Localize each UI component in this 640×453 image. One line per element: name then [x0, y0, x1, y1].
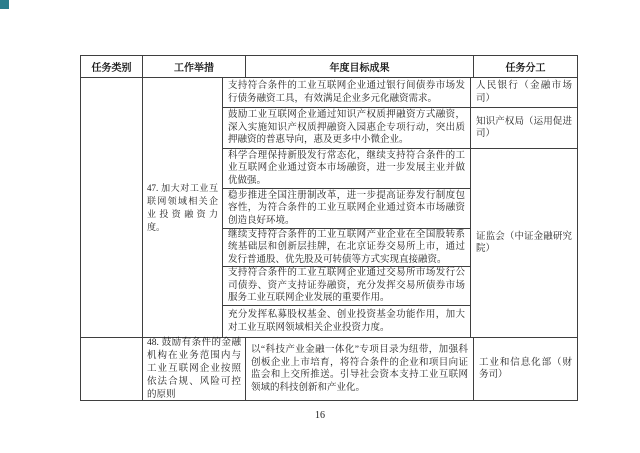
header-work-measure: 工作举措 — [143, 56, 246, 77]
target-cell: 鼓励工业互联网企业通过知识产权质押融资方式融资，深入实施知识产权质押融资入园惠企… — [223, 108, 470, 149]
target-cell: 继续支持符合条件的工业互联网产业企业在全国股转系统基础层和创新层挂牌，在北京证券… — [223, 229, 470, 267]
target-text: 充分发挥私募股权基金、创业投资基金功能作用，加大对工业互联网领域相关企业投资力度… — [228, 309, 465, 334]
header-task-category: 任务类别 — [81, 56, 143, 77]
measure-cell-48: 48. 鼓励有条件的金融机构在业务范围内与工业互联网企业按照依法合规、风险可控的… — [143, 338, 246, 400]
table-header-row: 任务类别 工作举措 年度目标成果 任务分工 — [81, 56, 577, 78]
target-cell-48: 以“科技产业金融一体化”专项目录为纽带，加强科创板企业上市培育，将符合条件的企业… — [246, 338, 474, 400]
assignment-cell: 知识产权局（运用促进司） — [471, 108, 577, 149]
table-section-item-47: 47. 加大对工业互联网领域相关企业投资融资力度。 支持符合条件的工业互联网企业… — [81, 78, 577, 338]
assignment-cell-48: 工业和信息化部（财务司） — [474, 338, 577, 400]
measure-text-48: 48. 鼓励有条件的金融机构在业务范围内与工业互联网企业按照依法合规、风险可控的… — [147, 337, 241, 402]
task-table: 任务类别 工作举措 年度目标成果 任务分工 47. 加大对工业互联网领域相关企业… — [80, 55, 578, 401]
target-cell: 充分发挥私募股权基金、创业投资基金功能作用，加大对工业互联网领域相关企业投资力度… — [223, 306, 470, 337]
category-cell-empty — [81, 338, 143, 400]
target-cells-47: 支持符合条件的工业互联网企业通过银行间债券市场发行债务融资工具，有效满足企业多元… — [223, 78, 471, 337]
target-text: 继续支持符合条件的工业互联网产业企业在全国股转系统基础层和创新层挂牌，在北京证券… — [228, 229, 465, 266]
table-section-item-48: 48. 鼓励有条件的金融机构在业务范围内与工业互联网企业按照依法合规、风险可控的… — [81, 338, 577, 400]
header-annual-target: 年度目标成果 — [246, 56, 474, 77]
assignment-text: 人民银行（金融市场司） — [476, 80, 572, 105]
header-task-assignment: 任务分工 — [474, 56, 577, 77]
assignment-text-48: 工业和信息化部（财务司） — [479, 357, 572, 382]
assignment-cells-47: 人民银行（金融市场司） 知识产权局（运用促进司） 证监会（中证金融研究院） — [471, 78, 577, 337]
corner-mark-decoration — [0, 0, 9, 9]
category-cell-empty — [81, 78, 143, 337]
target-cell: 支持符合条件的工业互联网企业通过银行间债券市场发行债务融资工具，有效满足企业多元… — [223, 78, 470, 108]
target-text: 支持符合条件的工业互联网企业通过银行间债券市场发行债务融资工具，有效满足企业多元… — [228, 80, 465, 105]
page-number: 16 — [0, 410, 640, 421]
target-text: 鼓励工业互联网企业通过知识产权质押融资方式融资，深入实施知识产权质押融资入园惠企… — [228, 109, 465, 147]
document-page: 任务类别 工作举措 年度目标成果 任务分工 47. 加大对工业互联网领域相关企业… — [0, 0, 640, 453]
assignment-text: 知识产权局（运用促进司） — [476, 116, 572, 141]
target-text: 科学合理保持新股发行常态化，继续支持符合条件的工业互联网企业通过资本市场融资，进… — [228, 150, 465, 188]
assignment-cell: 证监会（中证金融研究院） — [471, 149, 577, 337]
target-cell: 支持符合条件的工业互联网企业通过交易所市场发行公司债券、资产支持证券融资，充分发… — [223, 267, 470, 306]
target-text-48: 以“科技产业金融一体化”专项目录为纽带，加强科创板企业上市培育，将符合条件的企业… — [251, 344, 468, 394]
measure-cell-47: 47. 加大对工业互联网领域相关企业投资融资力度。 — [143, 78, 223, 337]
assignment-cell: 人民银行（金融市场司） — [471, 78, 577, 108]
measure-text-47: 47. 加大对工业互联网领域相关企业投资融资力度。 — [147, 182, 218, 234]
target-text: 稳步推进全国注册制改革，进一步提高证券发行制度包容性，为符合条件的工业互联网企业… — [228, 190, 465, 228]
assignment-text: 证监会（中证金融研究院） — [476, 231, 572, 256]
target-cell: 稳步推进全国注册制改革，进一步提高证券发行制度包容性，为符合条件的工业互联网企业… — [223, 189, 470, 229]
target-text: 支持符合条件的工业互联网企业通过交易所市场发行公司债券、资产支持证券融资，充分发… — [228, 267, 465, 305]
target-cell: 科学合理保持新股发行常态化，继续支持符合条件的工业互联网企业通过资本市场融资，进… — [223, 149, 470, 189]
